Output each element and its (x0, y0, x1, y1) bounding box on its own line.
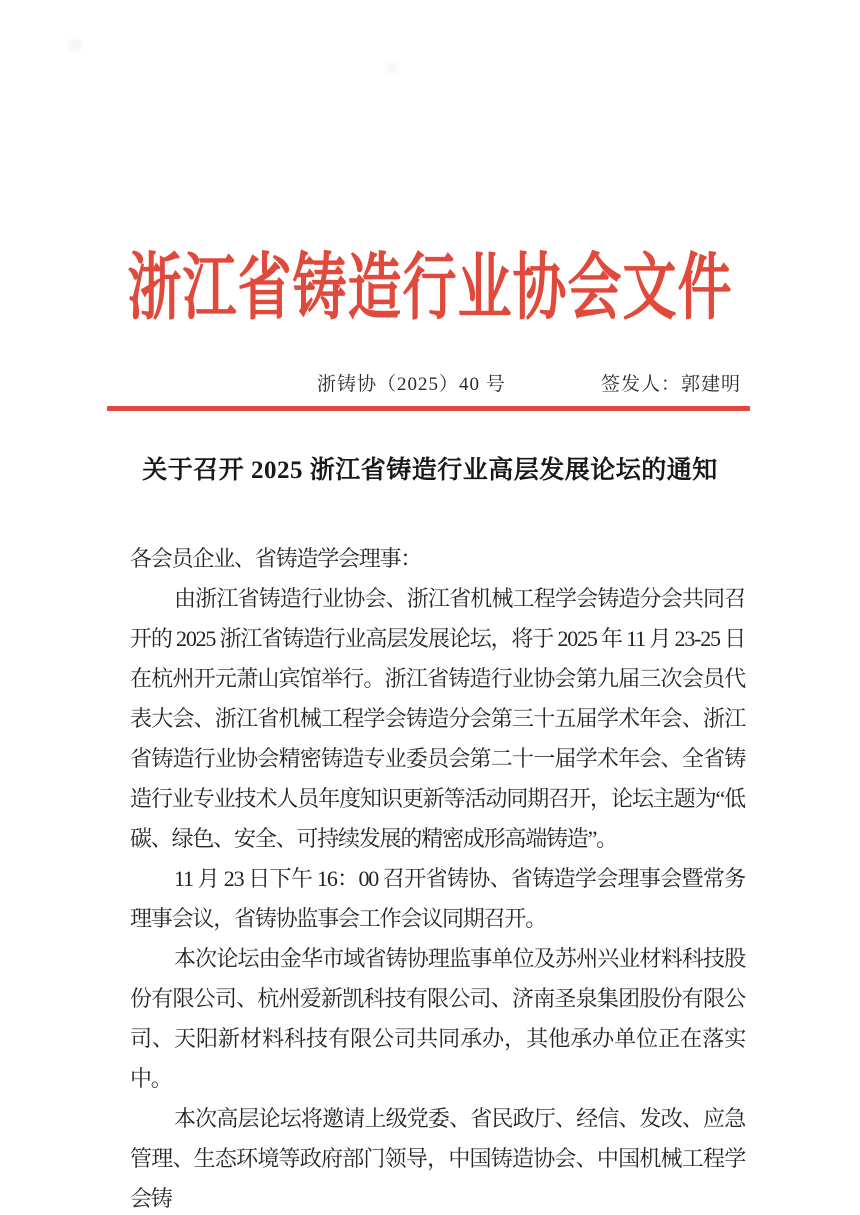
paragraph-forum-overview: 由浙江省铸造行业协会、浙江省机械工程学会铸造分会共同召开的 2025 浙江省铸造… (130, 579, 745, 859)
letterhead: 浙江省铸造行业协会文件 (0, 248, 860, 328)
issuer: 签发人：郭建明 (601, 369, 741, 396)
document-page: 浙江省铸造行业协会文件 浙铸协（2025）40 号 签发人：郭建明 关于召开 2… (0, 0, 860, 1215)
issuer-name: 郭建明 (681, 374, 741, 395)
doc-meta-row: 浙铸协（2025）40 号 签发人：郭建明 (130, 366, 745, 398)
paragraph-invited-guests: 本次高层论坛将邀请上级党委、省民政厅、经信、发改、应急管理、生态环境等政府部门领… (130, 1099, 745, 1215)
red-divider-rule (107, 406, 750, 411)
paragraph-council-meeting: 11 月 23 日下午 16：00 召开省铸协、省铸造学会理事会暨常务理事会议，… (130, 859, 745, 939)
salutation: 各会员企业、省铸造学会理事： (130, 539, 745, 579)
notice-title: 关于召开 2025 浙江省铸造行业高层发展论坛的通知 (0, 450, 860, 486)
issuer-label: 签发人： (601, 374, 681, 395)
doc-number: 浙铸协（2025）40 号 (317, 369, 506, 396)
letterhead-title: 浙江省铸造行业协会文件 (128, 234, 733, 342)
paragraph-organizers: 本次论坛由金华市域省铸协理监事单位及苏州兴业材料科技股份有限公司、杭州爱新凯科技… (130, 939, 745, 1099)
notice-body: 各会员企业、省铸造学会理事： 由浙江省铸造行业协会、浙江省机械工程学会铸造分会共… (130, 539, 745, 1215)
